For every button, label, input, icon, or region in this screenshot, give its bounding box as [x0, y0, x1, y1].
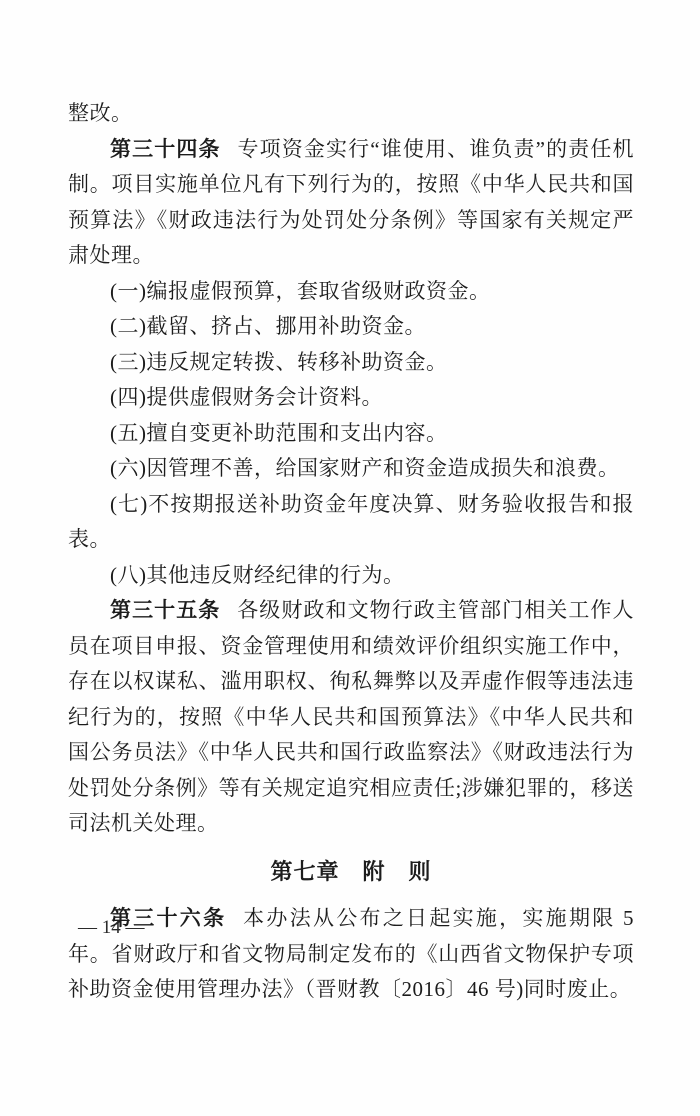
list-item-4-text: (四)提供虚假财务会计资料。 — [110, 385, 383, 409]
list-item-6-text: (六)因管理不善，给国家财产和资金造成损失和浪费。 — [110, 456, 619, 480]
continuation-paragraph: 整改。 — [68, 96, 634, 132]
article-35-text: 各级财政和文物行政主管部门相关工作人员在项目申报、资金管理使用和绩效评价组织实施… — [68, 598, 634, 835]
chapter-heading: 第七章 附 则 — [68, 854, 634, 890]
list-item-7-text: (七)不按期报送补助资金年度决算、财务验收报告和报表。 — [68, 492, 634, 552]
list-item-3: (三)违反规定转拨、转移补助资金。 — [68, 345, 634, 381]
article-34-paragraph: 第三十四条专项资金实行“谁使用、谁负责”的责任机制。项目实施单位凡有下列行为的，… — [68, 132, 634, 274]
article-36-paragraph: 第三十六条本办法从公布之日起实施，实施期限 5 年。省财政厅和省文物局制定发布的… — [68, 901, 634, 1008]
list-item-6: (六)因管理不善，给国家财产和资金造成损失和浪费。 — [68, 451, 634, 487]
document-page: 整改。 第三十四条专项资金实行“谁使用、谁负责”的责任机制。项目实施单位凡有下列… — [0, 0, 700, 1116]
continuation-text: 整改。 — [68, 101, 133, 125]
list-item-3-text: (三)违反规定转拨、转移补助资金。 — [110, 350, 448, 374]
list-item-4: (四)提供虚假财务会计资料。 — [68, 380, 634, 416]
article-35-paragraph: 第三十五条各级财政和文物行政主管部门相关工作人员在项目申报、资金管理使用和绩效评… — [68, 593, 634, 842]
document-body: 整改。 第三十四条专项资金实行“谁使用、谁负责”的责任机制。项目实施单位凡有下列… — [68, 96, 634, 1008]
list-item-5: (五)擅自变更补助范围和支出内容。 — [68, 416, 634, 452]
list-item-5-text: (五)擅自变更补助范围和支出内容。 — [110, 421, 448, 445]
list-item-1: (一)编报虚假预算，套取省级财政资金。 — [68, 274, 634, 310]
list-item-8: (八)其他违反财经纪律的行为。 — [68, 558, 634, 594]
article-35-number: 第三十五条 — [110, 599, 220, 622]
list-item-7: (七)不按期报送补助资金年度决算、财务验收报告和报表。 — [68, 487, 634, 558]
list-item-1-text: (一)编报虚假预算，套取省级财政资金。 — [110, 279, 491, 303]
list-item-2-text: (二)截留、挤占、挪用补助资金。 — [110, 314, 426, 338]
page-number: — 14 — — [78, 916, 145, 940]
list-item-8-text: (八)其他违反财经纪律的行为。 — [110, 563, 405, 587]
list-item-2: (二)截留、挤占、挪用补助资金。 — [68, 309, 634, 345]
article-34-number: 第三十四条 — [110, 138, 221, 161]
